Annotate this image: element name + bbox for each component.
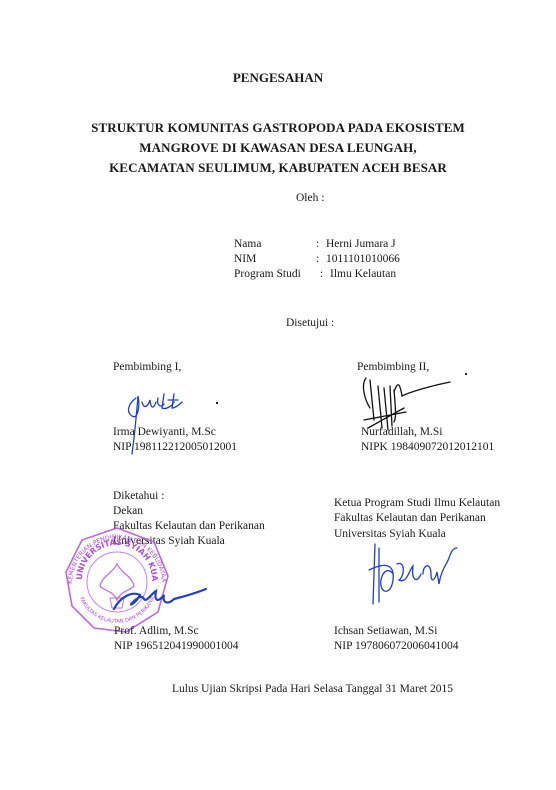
dean-title-line-3: Universitas Syiah Kuala <box>113 535 225 547</box>
field-row-program: Program Studi : Ilmu Kelautan <box>234 267 400 282</box>
field-value: Ilmu Kelautan <box>330 267 396 282</box>
field-label: Program Studi <box>234 267 320 282</box>
supervisor-1-role: Pembimbing I, <box>113 361 181 373</box>
ink-dot <box>465 373 467 375</box>
field-row-name: Nama : Herni Jumara J <box>234 237 400 252</box>
supervisor-2-name: Nurfadillah, M.Si <box>361 426 442 438</box>
field-label: NIM <box>234 252 316 267</box>
supervisor-2-id: NIPK 198409072012012101 <box>361 441 494 453</box>
ink-dot <box>216 402 218 404</box>
program-head-name: Ichsan Setiawan, M.Si <box>334 625 437 637</box>
acknowledged-label: Diketahui : <box>113 490 164 502</box>
approved-label: Disetujui : <box>286 317 334 329</box>
supervisor-2-role: Pembimbing II, <box>357 361 429 373</box>
thesis-title-line-1: STRUKTUR KOMUNITAS GASTROPODA PADA EKOSI… <box>0 120 556 136</box>
dean-title-line-2: Fakultas Kelautan dan Perikanan <box>113 520 265 532</box>
field-separator: : <box>316 237 326 252</box>
field-row-nim: NIM : 1011101010066 <box>234 252 400 267</box>
exam-pass-statement: Lulus Ujian Skripsi Pada Hari Selasa Tan… <box>172 683 453 695</box>
field-value: 1011101010066 <box>326 252 400 267</box>
program-head-signature <box>365 540 465 610</box>
dean-signature <box>110 585 210 615</box>
dean-title-line-1: Dekan <box>113 505 143 517</box>
by-label: Oleh : <box>296 192 324 204</box>
field-separator: : <box>316 252 326 267</box>
dean-id: NIP 196512041990001004 <box>114 640 238 652</box>
program-head-id: NIP 197806072006041004 <box>334 640 458 652</box>
supervisor-1-name: Irma Dewiyanti, M.Sc <box>113 426 216 438</box>
supervisor-1-id: NIP 198112212005012001 <box>113 441 237 453</box>
field-separator: : <box>320 267 330 282</box>
field-value: Herni Jumara J <box>326 237 396 252</box>
program-head-title-line-2: Fakultas Kelautan dan Perikanan <box>334 512 486 524</box>
dean-name: Prof. Adlim, M.Sc <box>114 625 199 637</box>
field-label: Nama <box>234 237 316 252</box>
thesis-title-line-2: MANGROVE DI KAWASAN DESA LEUNGAH, <box>0 140 556 156</box>
page-heading: PENGESAHAN <box>0 70 556 86</box>
thesis-title-line-3: KECAMATAN SEULIMUM, KABUPATEN ACEH BESAR <box>0 160 556 176</box>
author-fields: Nama : Herni Jumara J NIM : 101110101006… <box>234 237 400 282</box>
program-head-title-line-3: Universitas Syiah Kuala <box>334 528 446 540</box>
program-head-title-line-1: Ketua Program Studi Ilmu Kelautan <box>334 497 500 509</box>
